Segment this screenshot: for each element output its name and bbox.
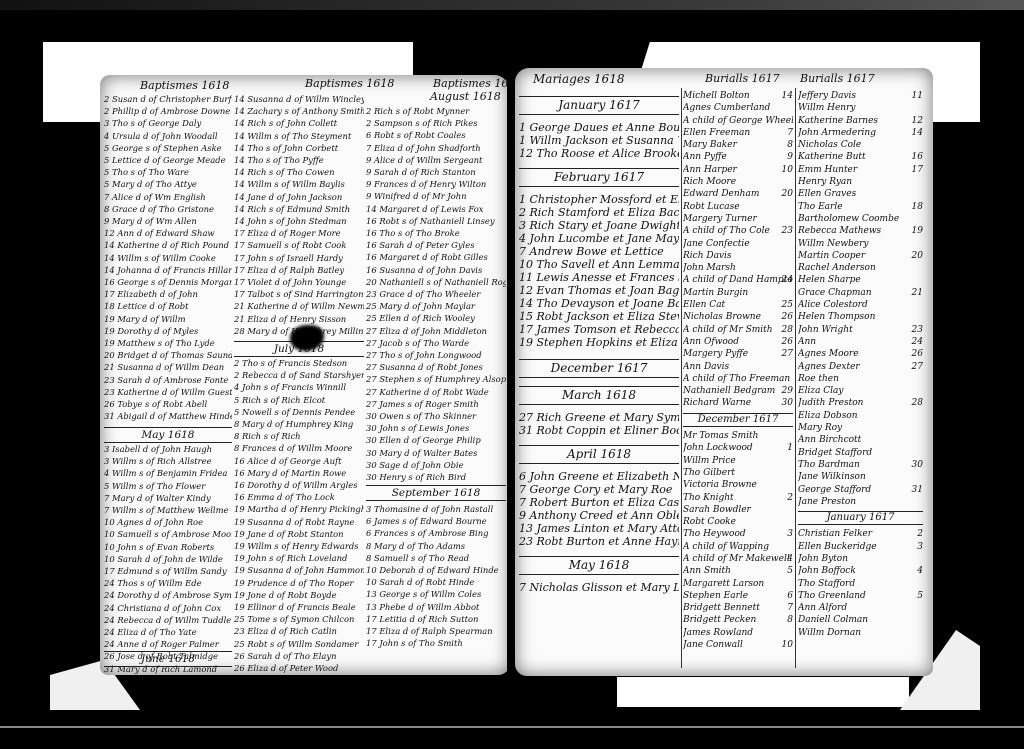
baptism-entry: 19 Martha d of Henry Pickingham (234, 503, 364, 515)
header-baptisms-col2: Baptismes 1618 (305, 77, 394, 90)
burial-entry: 18Tho Earle (798, 201, 923, 213)
baptism-entry: 20 Bridget d of Thomas Saunders (104, 349, 232, 361)
baptism-entry: 14 Rich s of Tho Cowen (234, 166, 364, 178)
marriage-entry: 19 Stephen Hopkins et Eliza Russell (519, 336, 679, 349)
burial-entry: Alice Colestord (798, 299, 923, 311)
burial-day: 20 (905, 250, 923, 262)
burial-name: John Lockwood (683, 443, 753, 453)
burial-day: 8 (775, 139, 793, 151)
baptism-entry: 4 John s of Francis Winnill (234, 381, 364, 393)
burial-entry: Rich Davis (683, 250, 793, 262)
baptism-entry: 23 Eliza d of Rich Catlin (234, 625, 364, 637)
burial-day: 10 (775, 639, 793, 651)
baptism-entry: 7 Mary d of Walter Kindy (104, 492, 232, 504)
burial-name: Ellen Freeman (683, 128, 750, 138)
marriage-entry: 7 Robert Burton et Eliza Castwood (519, 496, 679, 509)
marriage-month-heading: March 1618 (519, 386, 679, 405)
baptism-entry: 19 Willm s of Henry Edwards (234, 540, 364, 552)
baptism-entry: 25 Ellen d of Rich Wooley (366, 312, 506, 324)
burial-entry: 30Tho Bardman (798, 459, 923, 471)
burial-name: Mary Baker (683, 140, 737, 150)
burial-name: Jane Wilkinson (798, 472, 866, 482)
burial-entry: Robt Lucase (683, 201, 793, 213)
burial-entry: James Rowland (683, 627, 793, 639)
burial-day: 3 (905, 541, 923, 553)
baptism-entry: 25 Tome s of Symon Chilcon (234, 613, 364, 625)
baptism-entry: 30 Sage d of John Obie (366, 459, 506, 471)
baptism-entry: 30 Owen s of Tho Skinner (366, 410, 506, 422)
burial-name: Nicholas Cole (798, 140, 861, 150)
baptism-entry: 9 Mary d of Wm Allen (104, 215, 232, 227)
burial-day: 14 (775, 90, 793, 102)
baptism-entry: 5 Rich s of Rich Elcot (234, 394, 364, 406)
burial-entry: 16Katherine Butt (798, 151, 923, 163)
burial-day: 7 (775, 602, 793, 614)
burial-day: 4 (905, 565, 923, 577)
paper-card-bottom (617, 677, 909, 707)
burial-name: Ann Harper (683, 165, 737, 175)
burial-entry: Ann Alford (798, 602, 923, 614)
burial-entry: Roe then (798, 373, 923, 385)
baptism-entry: 17 Eliza d of Roger More (234, 227, 364, 239)
baptism-entry: 26 Eliza d of Peter Wood (234, 662, 364, 674)
burial-name: Ellen Buckeridge (798, 542, 877, 552)
baptism-entry: 14 Jane d of John Jackson (234, 191, 364, 203)
burial-entry: 14John Armedering (798, 127, 923, 139)
marriage-entry: 15 Robt Jackson et Eliza Stevens (519, 310, 679, 323)
baptisms-column-2-july: 2 Tho s of Francis Stedson2 Rebecca d of… (234, 357, 364, 675)
burial-name: Bridget Stafford (798, 448, 872, 458)
baptism-entry: 17 Talbot s of Sind Harrington (234, 288, 364, 300)
baptism-entry: 14 Johanna d of Francis Hillary (104, 264, 232, 276)
burial-entry: Ellen Graves (798, 188, 923, 200)
baptism-entry: 5 Lettice d of George Meade (104, 154, 232, 166)
marriage-entry: 12 Tho Roose et Alice Brooke (519, 147, 679, 160)
burial-entry: 8Bridgett Pecken (683, 614, 793, 626)
baptism-entry: 20 Nathaniell s of Nathaniell Rogers (366, 276, 506, 288)
burial-name: Tho Gilbert (683, 468, 735, 478)
baptism-entry: 2 Phillip d of Ambrose Downe (104, 105, 232, 117)
marriage-entry: 10 Tho Savell et Ann Lemman (519, 258, 679, 271)
burial-day: 10 (775, 164, 793, 176)
burial-entry: Bartholomew Coombe (798, 213, 923, 225)
burial-entry: 20Edward Denham (683, 188, 793, 200)
burial-name: A child of George Wheeler (683, 116, 793, 126)
burial-day: 29 (775, 385, 793, 397)
baptism-entry: 14 Margaret d of Lewis Fox (366, 203, 506, 215)
header-marriages: Mariages 1618 (533, 72, 624, 86)
burial-name: Margery Turner (683, 214, 757, 224)
burial-name: Katherine Butt (798, 152, 866, 162)
burial-name: Michell Bolton (683, 91, 750, 101)
burial-name: Ann Smith (683, 566, 731, 576)
burial-entry: 11Jeffery Davis (798, 90, 923, 102)
burial-entry: John Byton (798, 553, 923, 565)
baptism-entry: 14 Willm s of Willm Baylis (234, 178, 364, 190)
baptism-entry: 2 Rebecca d of Sand Starshyer (234, 369, 364, 381)
baptism-entry: 14 Tho s of John Corbett (234, 142, 364, 154)
burial-entry: 27Agnes Dexter (798, 361, 923, 373)
burial-entry: Henry Ryan (798, 176, 923, 188)
baptism-entry: 10 Deborah d of Edward Hinde (366, 564, 506, 576)
baptism-entry: 24 Thos s of Willm Ede (104, 577, 232, 589)
burial-entry: 26Ann Ofwood (683, 336, 793, 348)
baptism-entry: 23 Sarah d of Ambrose Fonte (104, 374, 232, 386)
baptism-entry: 19 Susanna d of John Hammon (234, 564, 364, 576)
burial-name: A child of Mr Smith (683, 325, 773, 335)
burial-name: Margarett Larson (683, 579, 764, 589)
burial-entry: 4A child of Mr Makewell (683, 553, 793, 565)
baptism-entry: 5 Willm s of Tho Flower (104, 480, 232, 492)
burial-day: 27 (775, 348, 793, 360)
burial-name: Mr Tomas Smith (683, 431, 758, 441)
baptism-entry: 16 Susanna d of John Davis (366, 264, 506, 276)
burial-name: Robt Lucase (683, 202, 740, 212)
burial-entry: 20Martin Cooper (798, 250, 923, 262)
baptism-entry: 16 Alice d of George Auft (234, 455, 364, 467)
burial-entry: 25Ellen Cat (683, 299, 793, 311)
burial-name: Emm Hunter (798, 165, 857, 175)
baptism-entry: 16 Emma d of Tho Lock (234, 491, 364, 503)
burial-name: A child of Wapping (683, 542, 769, 552)
burial-month-heading: December 1617 (683, 413, 793, 427)
burial-entry: Daniell Colman (798, 614, 923, 626)
burial-name: Eliza Clay (798, 386, 844, 396)
burial-name: Tho Heywood (683, 529, 746, 539)
burial-name: Richard Warne (683, 398, 751, 408)
burial-entry: Margarett Larson (683, 578, 793, 590)
burial-entry: 2Christian Felker (798, 528, 923, 540)
baptism-entry: 17 John s of Israell Hardy (234, 252, 364, 264)
burial-entry: 21Grace Chapman (798, 287, 923, 299)
burial-day: 30 (775, 397, 793, 409)
burial-name: John Byton (798, 554, 848, 564)
burial-name: John Wright (798, 325, 853, 335)
baptism-entry: 8 Samuell s of Tho Read (366, 552, 506, 564)
marriage-entry: 31 Robt Coppin et Eliner Booe (519, 424, 679, 437)
burial-name: Ellen Cat (683, 300, 725, 310)
baptism-entry: 30 Henry s of Rich Bird (366, 471, 506, 483)
burial-entry: 5Tho Greenland (798, 590, 923, 602)
marriage-entry: 7 George Cory et Mary Roe (519, 483, 679, 496)
burial-day: 14 (905, 127, 923, 139)
baptism-entry: 14 Zachary s of Anthony Smith (234, 105, 364, 117)
baptism-entry: 2 Susan d of Christopher Burfield (104, 93, 232, 105)
baptism-entry: 16 Sarah d of Peter Gyles (366, 239, 506, 251)
burial-entry: 12Katherine Barnes (798, 115, 923, 127)
burial-entry: Helen Sharpe (798, 274, 923, 286)
marriage-entry: 7 Andrew Bowe et Lettice (519, 245, 679, 258)
right-page-marriages-burials: Mariages 1618 Burialls 1617 Burialls 161… (515, 68, 933, 676)
burial-name: Jane Preston (798, 497, 856, 507)
baptism-entry: 21 Eliza d of Henry Sisson (234, 313, 364, 325)
baptisms-column-2: 14 Susanna d of Willm Wincley14 Zachary … (234, 93, 364, 337)
baptism-entry: 19 Prudence d of Tho Roper (234, 577, 364, 589)
burial-entry: Rachel Anderson (798, 262, 923, 274)
burial-day: 30 (905, 459, 923, 471)
burial-name: Robt Cooke (683, 517, 736, 527)
burial-name: Henry Ryan (798, 177, 852, 187)
baptism-entry: 30 John s of Lewis Jones (366, 422, 506, 434)
burial-entry: 31George Stafford (798, 484, 923, 496)
burial-entry: Tho Stafford (798, 578, 923, 590)
baptism-entry: 21 Susanna d of Willm Dean (104, 361, 232, 373)
baptism-entry: 27 Stephen s of Humphrey Alsop (366, 373, 506, 385)
burial-name: Tho Earle (798, 202, 843, 212)
baptism-entry: 17 Violet d of John Younge (234, 276, 364, 288)
baptism-entry: 17 John s of Tho Smith (366, 637, 506, 649)
baptism-entry: 24 Rebecca d of Willm Tuddle (104, 614, 232, 626)
marriage-entry: 7 Nicholas Glisson et Mary Lowding (519, 581, 679, 594)
burial-entry: 1John Lockwood (683, 442, 793, 454)
burial-name: Tho Bardman (798, 460, 860, 470)
burial-day: 23 (905, 324, 923, 336)
baptism-entry: 19 Matthew s of Tho Lyde (104, 337, 232, 349)
burial-entry: Robt Cooke (683, 516, 793, 528)
burial-entry: Tho Gilbert (683, 467, 793, 479)
baptism-entry: 3 Willm s of Rich Allstree (104, 455, 232, 467)
marriage-entry: 12 Evan Thomas et Joan Bagnall (519, 284, 679, 297)
baptism-entry: 17 Samuell s of Robt Cook (234, 239, 364, 251)
burial-day: 5 (905, 590, 923, 602)
burial-day: 9 (775, 151, 793, 163)
burial-day: 12 (905, 115, 923, 127)
burial-name: A child of Tho Freeman (683, 374, 790, 384)
baptism-entry: 13 George s of Willm Coles (366, 588, 506, 600)
burial-day: 27 (905, 361, 923, 373)
burial-day: 11 (905, 90, 923, 102)
baptism-entry: 8 Mary d of Tho Adams (366, 540, 506, 552)
burial-day: 18 (905, 201, 923, 213)
baptism-entry: 27 James s of Roger Smith (366, 398, 506, 410)
burial-entry: Ann Davis (683, 361, 793, 373)
burial-entry: 23A child of Tho Cole (683, 225, 793, 237)
burial-name: A child of Dand Hampton (683, 275, 793, 285)
burial-name: Jeffery Davis (798, 91, 856, 101)
burial-name: Bridgett Bennett (683, 603, 760, 613)
baptism-entry: 6 James s of Edward Bourne (366, 515, 506, 527)
burials-column-2: 11Jeffery DavisWillm Henry12Katherine Ba… (798, 90, 923, 639)
burial-entry: 24A child of Dand Hampton (683, 274, 793, 286)
burial-name: Judith Preston (798, 398, 863, 408)
marriage-entry: 23 Robt Burton et Anne Haynes (519, 535, 679, 548)
baptism-entry: 26 Sarah d of Tho Elayn (234, 650, 364, 662)
burial-name: A child of Mr Makewell (683, 554, 790, 564)
baptism-entry: 23 Katherine d of Willm Guest (104, 386, 232, 398)
burial-entry: 10Jane Conwall (683, 639, 793, 651)
baptism-entry: 5 Nowell s of Dennis Pendee (234, 406, 364, 418)
burial-day: 5 (775, 565, 793, 577)
burial-day: 7 (775, 127, 793, 139)
marriages-section: January 16171 George Daues et Anne Boult… (519, 88, 679, 594)
burial-name: Margery Pyffe (683, 349, 748, 359)
burial-entry: 28A child of Mr Smith (683, 324, 793, 336)
burial-day: 28 (775, 324, 793, 336)
baptism-entry: 10 Samuell s of Ambrose Moore (104, 528, 232, 540)
baptism-entry: 16 Tho s of Tho Broke (366, 227, 506, 239)
marriage-entry: 6 John Greene et Elizabeth Nichols (519, 470, 679, 483)
burial-day: 23 (775, 225, 793, 237)
baptism-entry: 24 Eliza d of Tho Yate (104, 626, 232, 638)
baptism-entry: 10 Sarah d of John de Wilde (104, 553, 232, 565)
baptism-entry: 26 Tobye s of Robt Abell (104, 398, 232, 410)
marriage-month-heading: May 1618 (519, 556, 679, 575)
marriage-entry: 14 Tho Devayson et Joane Bageret (519, 297, 679, 310)
baptism-entry: 16 George s of Dennis Morgan (104, 276, 232, 288)
baptism-entry: 25 Robt s of Willm Sondamer (234, 638, 364, 650)
baptism-entry: 3 Tho s of George Daly (104, 117, 232, 129)
baptism-entry: 27 Jacob s of Tho Warde (366, 337, 506, 349)
burial-entry: Martin Burgin (683, 287, 793, 299)
burial-entry: 26Nicholas Browne (683, 311, 793, 323)
burial-entry: Willm Henry (798, 102, 923, 114)
marriage-month-heading: January 1617 (519, 96, 679, 115)
burial-entry: 9Ann Pyffe (683, 151, 793, 163)
burial-name: James Rowland (683, 628, 753, 638)
burial-name: Nathaniell Bedgram (683, 386, 775, 396)
burial-name: Rebecca Mathews (798, 226, 881, 236)
burial-entry: Jane Preston (798, 496, 923, 508)
burial-name: Nicholas Browne (683, 312, 761, 322)
baptism-entry: 27 Susanna d of Robt Jones (366, 361, 506, 373)
burial-name: Victoria Browne (683, 480, 757, 490)
burial-day: 20 (775, 188, 793, 200)
baptism-entry: 17 Eliza d of Ralph Batley (234, 264, 364, 276)
burial-entry: 19Rebecca Mathews (798, 225, 923, 237)
burial-entry: 7Ellen Freeman (683, 127, 793, 139)
burial-entry: Ann Birchcott (798, 434, 923, 446)
burial-name: Stephen Earle (683, 591, 748, 601)
baptism-entry: 8 Frances d of Willm Moore (234, 442, 364, 454)
burial-entry: Helen Thompson (798, 311, 923, 323)
marriage-entry: 17 James Tomson et Rebecca Lloyd (519, 323, 679, 336)
burial-name: Willm Dornan (798, 628, 861, 638)
marriage-entry: 1 George Daues et Anne Boult (519, 121, 679, 134)
burial-name: Grace Chapman (798, 288, 872, 298)
burial-entry: 30Richard Warne (683, 397, 793, 409)
baptism-entry: 14 Willm s of Willm Cooke (104, 252, 232, 264)
burial-entry: 27Margery Pyffe (683, 348, 793, 360)
baptism-entry: 24 Dorothy d of Ambrose Symons (104, 589, 232, 601)
burial-entry: Agnes Cumberland (683, 102, 793, 114)
burial-entry: Rich Moore (683, 176, 793, 188)
baptism-entry: 30 Mary d of Walter Bates (366, 447, 506, 459)
baptism-entry: 7 Alice d of Wm English (104, 191, 232, 203)
baptism-entry: 7 Eliza d of John Shadforth (366, 142, 506, 154)
burial-day: 2 (905, 528, 923, 540)
marriage-month-heading: December 1617 (519, 359, 679, 378)
burial-entry: Willm Dornan (798, 627, 923, 639)
scan-top-strip (0, 0, 1024, 10)
baptism-entry: 4 Ursula d of John Woodall (104, 130, 232, 142)
burial-entry: Eliza Clay (798, 385, 923, 397)
burial-name: Ann Birchcott (798, 435, 861, 445)
burial-name: Willm Price (683, 456, 736, 466)
burial-day: 21 (905, 287, 923, 299)
burial-name: Jane Conwall (683, 640, 743, 650)
burial-name: Martin Burgin (683, 288, 748, 298)
burial-entry: 10Ann Harper (683, 164, 793, 176)
burial-day: 6 (775, 590, 793, 602)
baptism-entry: 2 Tho s of Francis Stedson (234, 357, 364, 369)
burial-name: Bridgett Pecken (683, 615, 756, 625)
baptism-entry: 21 Katherine d of Willm Newman (234, 300, 364, 312)
burial-entry: John Marsh (683, 262, 793, 274)
burial-entry: 4John Boffock (798, 565, 923, 577)
baptism-entry: 16 Robt s of Nathaniell Linsey (366, 215, 506, 227)
baptism-entry: 9 Frances d of Henry Wilton (366, 178, 506, 190)
header-baptisms-col3: Baptismes 1618 (433, 77, 510, 90)
baptism-entry: 14 Rich s of Edmund Smith (234, 203, 364, 215)
burial-entry: Mr Tomas Smith (683, 430, 793, 442)
burial-entry: 17Emm Hunter (798, 164, 923, 176)
burial-name: Christian Felker (798, 529, 872, 539)
burial-day: 2 (775, 492, 793, 504)
baptism-entry: 19 Mary d of Willm (104, 313, 232, 325)
burial-entry: A child of George Wheeler (683, 115, 793, 127)
marriage-entry: 1 Christopher Mossford et Ellen Jones (519, 193, 679, 206)
burial-day: 19 (905, 225, 923, 237)
burial-entry: 5Ann Smith (683, 565, 793, 577)
burial-entry: Jane Wilkinson (798, 471, 923, 483)
baptism-entry: 14 John s of John Stedman (234, 215, 364, 227)
burial-entry: 26Agnes Moore (798, 348, 923, 360)
burial-name: Agnes Cumberland (683, 103, 770, 113)
baptism-entry: 9 Sarah d of Rich Stanton (366, 166, 506, 178)
baptism-entry: 25 Mary d of John Maylar (366, 300, 506, 312)
burial-entry: 3Tho Heywood (683, 528, 793, 540)
burial-name: Agnes Dexter (798, 362, 860, 372)
baptism-entry: 6 Robt s of Robt Coales (366, 129, 506, 141)
baptism-entry: 17 Letitia d of Rich Sutton (366, 613, 506, 625)
burial-name: Ann Ofwood (683, 337, 739, 347)
burial-day: 17 (905, 164, 923, 176)
burial-entry: A child of Wapping (683, 541, 793, 553)
burial-entry: 3Ellen Buckeridge (798, 541, 923, 553)
burial-name: Sarah Bowdler (683, 505, 751, 515)
burial-name: John Armedering (798, 128, 876, 138)
marriage-entry: 3 Rich Stary et Joane Dwight (519, 219, 679, 232)
burial-entry: Nicholas Cole (798, 139, 923, 151)
burial-name: A child of Tho Cole (683, 226, 770, 236)
burial-entry: 23John Wright (798, 324, 923, 336)
burial-entry: 29Nathaniell Bedgram (683, 385, 793, 397)
baptism-entry: 13 Phebe d of Willm Abbot (366, 601, 506, 613)
burial-name: Willm Newbery (798, 239, 869, 249)
burial-entry: Willm Newbery (798, 238, 923, 250)
burial-day: 1 (775, 442, 793, 454)
baptism-entry: 5 Mary d of Tho Attye (104, 178, 232, 190)
burial-name: Helen Thompson (798, 312, 875, 322)
burial-entry: Mary Roy (798, 422, 923, 434)
burial-day: 3 (775, 528, 793, 540)
marriage-entry: 13 James Linton et Mary Attorney (519, 522, 679, 535)
burial-entry: 14Michell Bolton (683, 90, 793, 102)
burial-name: Edward Denham (683, 189, 759, 199)
burial-name: John Marsh (683, 263, 736, 273)
month-june-1618: June 1618 (104, 651, 232, 667)
burial-entry: 24Ann (798, 336, 923, 348)
baptism-entry: 27 Tho s of John Longwood (366, 349, 506, 361)
baptism-entry: 9 Alice d of Willm Sergeant (366, 154, 506, 166)
burial-entry: 28Judith Preston (798, 397, 923, 409)
burial-entry: 2Tho Knight (683, 492, 793, 504)
header-burials-col1: Burialls 1617 (705, 72, 780, 85)
burial-name: Bartholomew Coombe (798, 214, 899, 224)
burial-entry: Bridget Stafford (798, 447, 923, 459)
baptism-entry: 8 Rich s of Rich (234, 430, 364, 442)
header-august: August 1618 (430, 90, 501, 103)
